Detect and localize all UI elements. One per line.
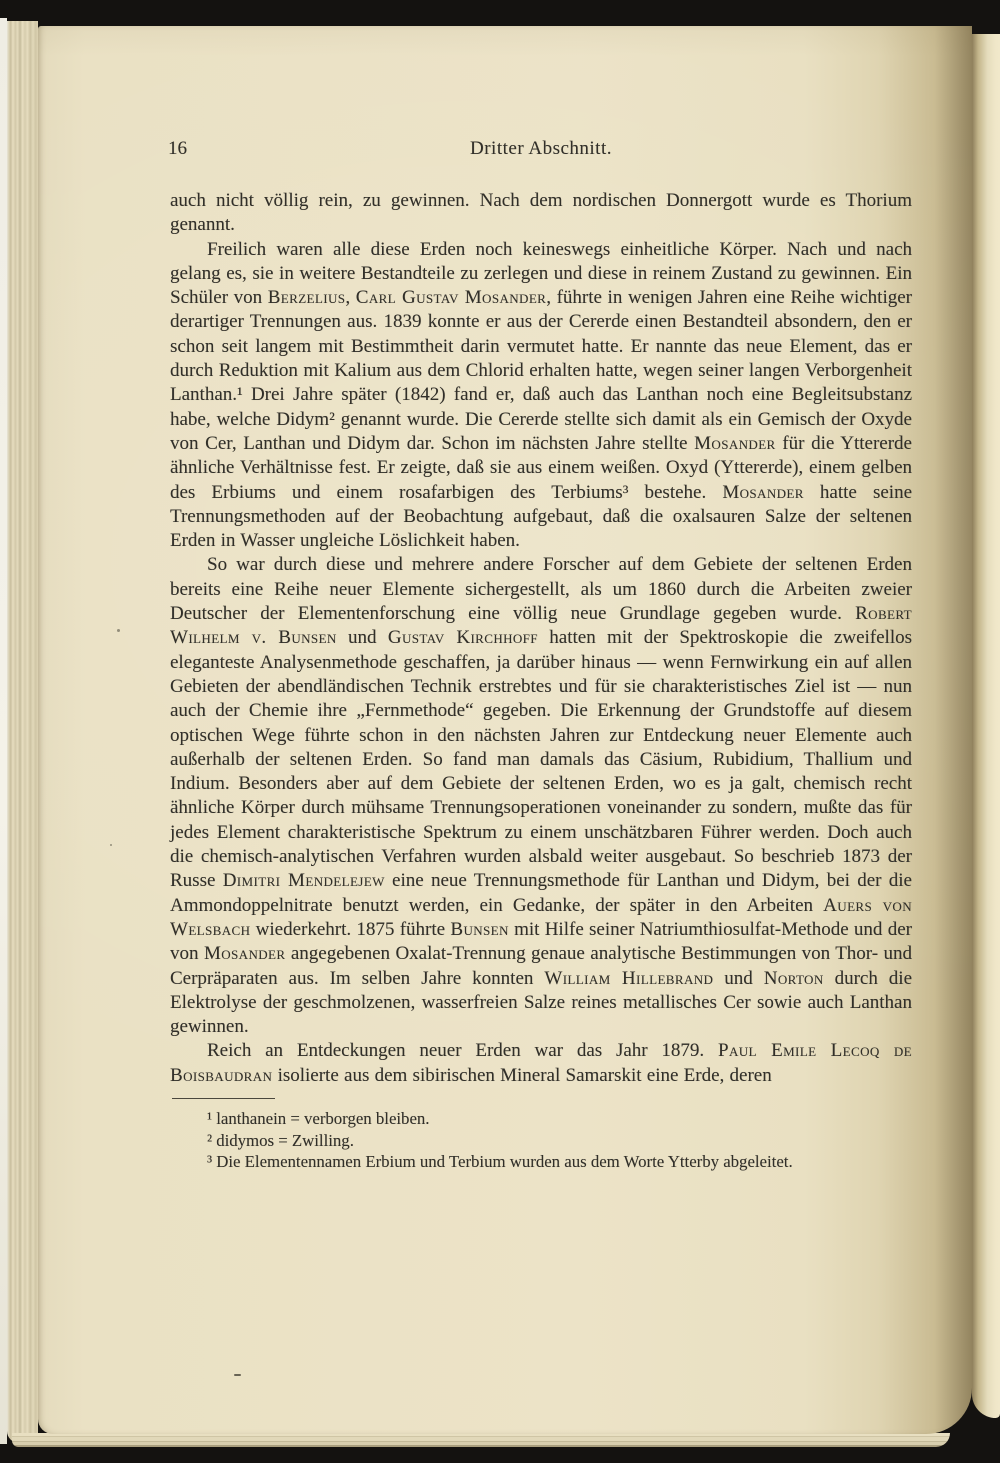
person-name: Dimitri Mendelejew xyxy=(223,870,385,891)
person-name: Mosander xyxy=(204,943,286,964)
running-header: Dritter Abschnitt. xyxy=(170,138,912,160)
person-name: Carl Gustav Mosander xyxy=(356,287,547,308)
book-cover-edge xyxy=(0,18,7,1444)
paragraph: auch nicht völlig rein, zu gewinnen. Nac… xyxy=(170,189,912,238)
footnote: ² didymos = Zwilling. xyxy=(170,1130,912,1152)
person-name: Gustav Kirchhoff xyxy=(388,627,538,648)
footnote: ¹ lanthanein = verborgen bleiben. xyxy=(170,1108,912,1130)
person-name: Berzelius xyxy=(268,287,346,308)
footnotes: ¹ lanthanein = verborgen bleiben.² didym… xyxy=(170,1108,912,1173)
person-name: Mosander xyxy=(694,433,776,454)
bottom-page-stack xyxy=(12,1433,950,1447)
running-head: 16 Dritter Abschnitt. xyxy=(170,138,912,164)
book-page: 16 Dritter Abschnitt. auch nicht völlig … xyxy=(38,26,972,1434)
footnote: ³ Die Elementennamen Erbium und Terbium … xyxy=(170,1151,912,1173)
person-name: Mosander xyxy=(722,482,804,503)
scan-speck xyxy=(234,1374,241,1376)
person-name: William Hillebrand xyxy=(544,968,713,989)
paragraph: So war durch diese und mehrere andere Fo… xyxy=(170,553,912,1039)
page-content: 16 Dritter Abschnitt. auch nicht völlig … xyxy=(170,138,912,1173)
facing-page-edge xyxy=(972,34,1000,1418)
scan-speck xyxy=(110,844,112,846)
body-text: auch nicht völlig rein, zu gewinnen. Nac… xyxy=(170,189,912,1088)
paragraph: Freilich waren alle diese Erden noch kei… xyxy=(170,238,912,554)
paragraph: Reich an Entdeckungen neuer Erden war da… xyxy=(170,1039,912,1088)
person-name: Bunsen xyxy=(450,919,508,940)
scan-speck xyxy=(117,629,120,632)
left-page-edges xyxy=(7,21,38,1443)
person-name: Norton xyxy=(764,968,824,989)
footnote-separator xyxy=(172,1098,275,1099)
